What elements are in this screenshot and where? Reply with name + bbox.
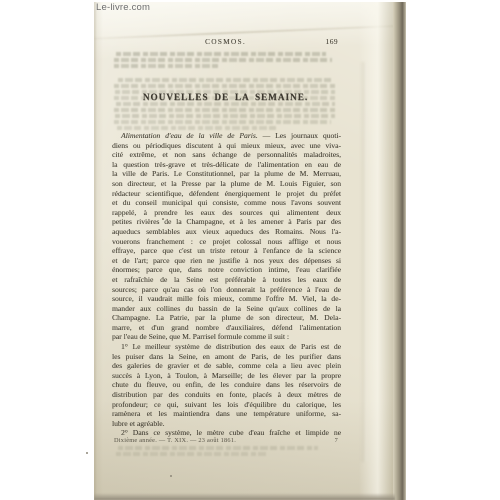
body-line: distribution par des conduits en fonte, … — [112, 390, 341, 400]
body-line: des galeries de gravier et de sable, com… — [112, 361, 341, 371]
body-line: aqueducs semblables aux vieux aqueducs d… — [112, 227, 341, 237]
bleedthrough-line — [114, 84, 336, 88]
body-line: et du conseil municipal qui consiste, co… — [112, 198, 341, 208]
body-line: lubre et agréable. — [112, 419, 341, 429]
article-body: Alimentation d'eau de la ville de Paris.… — [112, 131, 341, 438]
body-line: par l'eau de Seine, que M. Parrisel form… — [112, 332, 341, 342]
paper-speck — [162, 218, 164, 220]
body-line: et de l'art; parce que rien ne justifie … — [112, 256, 341, 266]
journal-title: COSMOS. — [112, 37, 339, 46]
body-line: son directeur, et la Presse par la plume… — [112, 179, 341, 189]
page-number: 169 — [326, 37, 338, 46]
bleedthrough-line — [114, 108, 336, 112]
bleedthrough-line — [116, 102, 335, 106]
body-line: et rafraîchie de la Seine est préférable… — [112, 275, 341, 285]
body-line: mander aux collines du bassin de la Sein… — [112, 304, 341, 314]
watermark-text: Le-livre.com — [96, 2, 150, 13]
paper-speck — [86, 452, 88, 454]
signature-mark: 7 — [335, 437, 338, 444]
book-fore-edge — [393, 2, 406, 500]
body-line: source, il vaudrait mille fois mieux, co… — [112, 294, 341, 304]
page-curl-highlight — [359, 2, 393, 500]
body-line: rappelé, à prendre les eaux des sources … — [112, 208, 341, 218]
paragraph: Alimentation d'eau de la ville de Paris.… — [112, 131, 341, 342]
book-page: COSMOS. 169 NOUVELLES DE LA SEMAINE. Ali… — [94, 2, 406, 500]
bleedthrough-line — [114, 58, 332, 62]
imprint-line: Dixième année. — T. XIX. — 23 août 1861. — [114, 437, 236, 444]
running-head: COSMOS. 169 — [112, 37, 339, 48]
paper-speck — [170, 475, 172, 477]
body-line: énormes; parce que, dans notre convictio… — [112, 265, 341, 275]
body-line: effraye, parce que c'est un triste retou… — [112, 246, 341, 256]
bleedthrough-line — [115, 114, 335, 118]
body-line: profondeur; ce qui, suivant les lois d'é… — [112, 400, 341, 410]
bleedthrough-line — [117, 126, 277, 130]
page-bottom-shadow — [94, 493, 395, 500]
body-line: cité extrême, et non sans échange de per… — [112, 150, 341, 160]
body-line: ramènera et les maintiendra dans une tem… — [112, 409, 341, 419]
bleedthrough-line — [114, 64, 218, 68]
body-line: marre, et d'un grand nombre d'auxiliaire… — [112, 323, 341, 333]
body-line: succès à Lyon, à Toulon, à Marseille; de… — [112, 371, 341, 381]
bleedthrough-line — [118, 78, 332, 82]
body-line: petites rivières de la Champagne, et à l… — [112, 217, 341, 227]
section-heading: NOUVELLES DE LA SEMAINE. — [112, 92, 339, 102]
body-line: sources; parce qu'au cas où l'on donnera… — [112, 285, 341, 295]
body-line: la question très-grave et très-délicate … — [112, 160, 341, 170]
body-line: Champagne. La Patrie, par la plume de so… — [112, 313, 341, 323]
bleedthrough-line — [118, 446, 318, 450]
article-title-italic: Alimentation d'eau de la ville de Paris. — [121, 131, 258, 140]
paragraph: 1° Le meilleur système de distribution d… — [112, 342, 341, 428]
body-line: rédacteur scientifique, défendent énergi… — [112, 189, 341, 199]
page-footer: Dixième année. — T. XIX. — 23 août 1861.… — [112, 437, 341, 446]
body-line: vouerons franchement : ce projet colossa… — [112, 237, 341, 247]
bleedthrough-line — [116, 452, 266, 456]
body-line-text: — Les journaux quoti- — [258, 131, 341, 140]
bleedthrough-line — [116, 52, 326, 56]
scanned-book-photo: COSMOS. 169 NOUVELLES DE LA SEMAINE. Ali… — [0, 0, 500, 500]
body-line: diens ou périodiques discutent à qui mie… — [112, 141, 341, 151]
body-line: chute du fleuve, ou enfin, de les condui… — [112, 380, 341, 390]
body-line: la ville de Paris. Le Constitutionnel, p… — [112, 169, 341, 179]
body-line: 1° Le meilleur système de distribution d… — [112, 342, 341, 352]
body-line: Alimentation d'eau de la ville de Paris.… — [112, 131, 341, 141]
bleedthrough-line — [114, 120, 331, 124]
paragraph-lines: diens ou périodiques discutent à qui mie… — [112, 141, 341, 342]
body-line: les puiser dans la Seine, en amont de Pa… — [112, 352, 341, 362]
